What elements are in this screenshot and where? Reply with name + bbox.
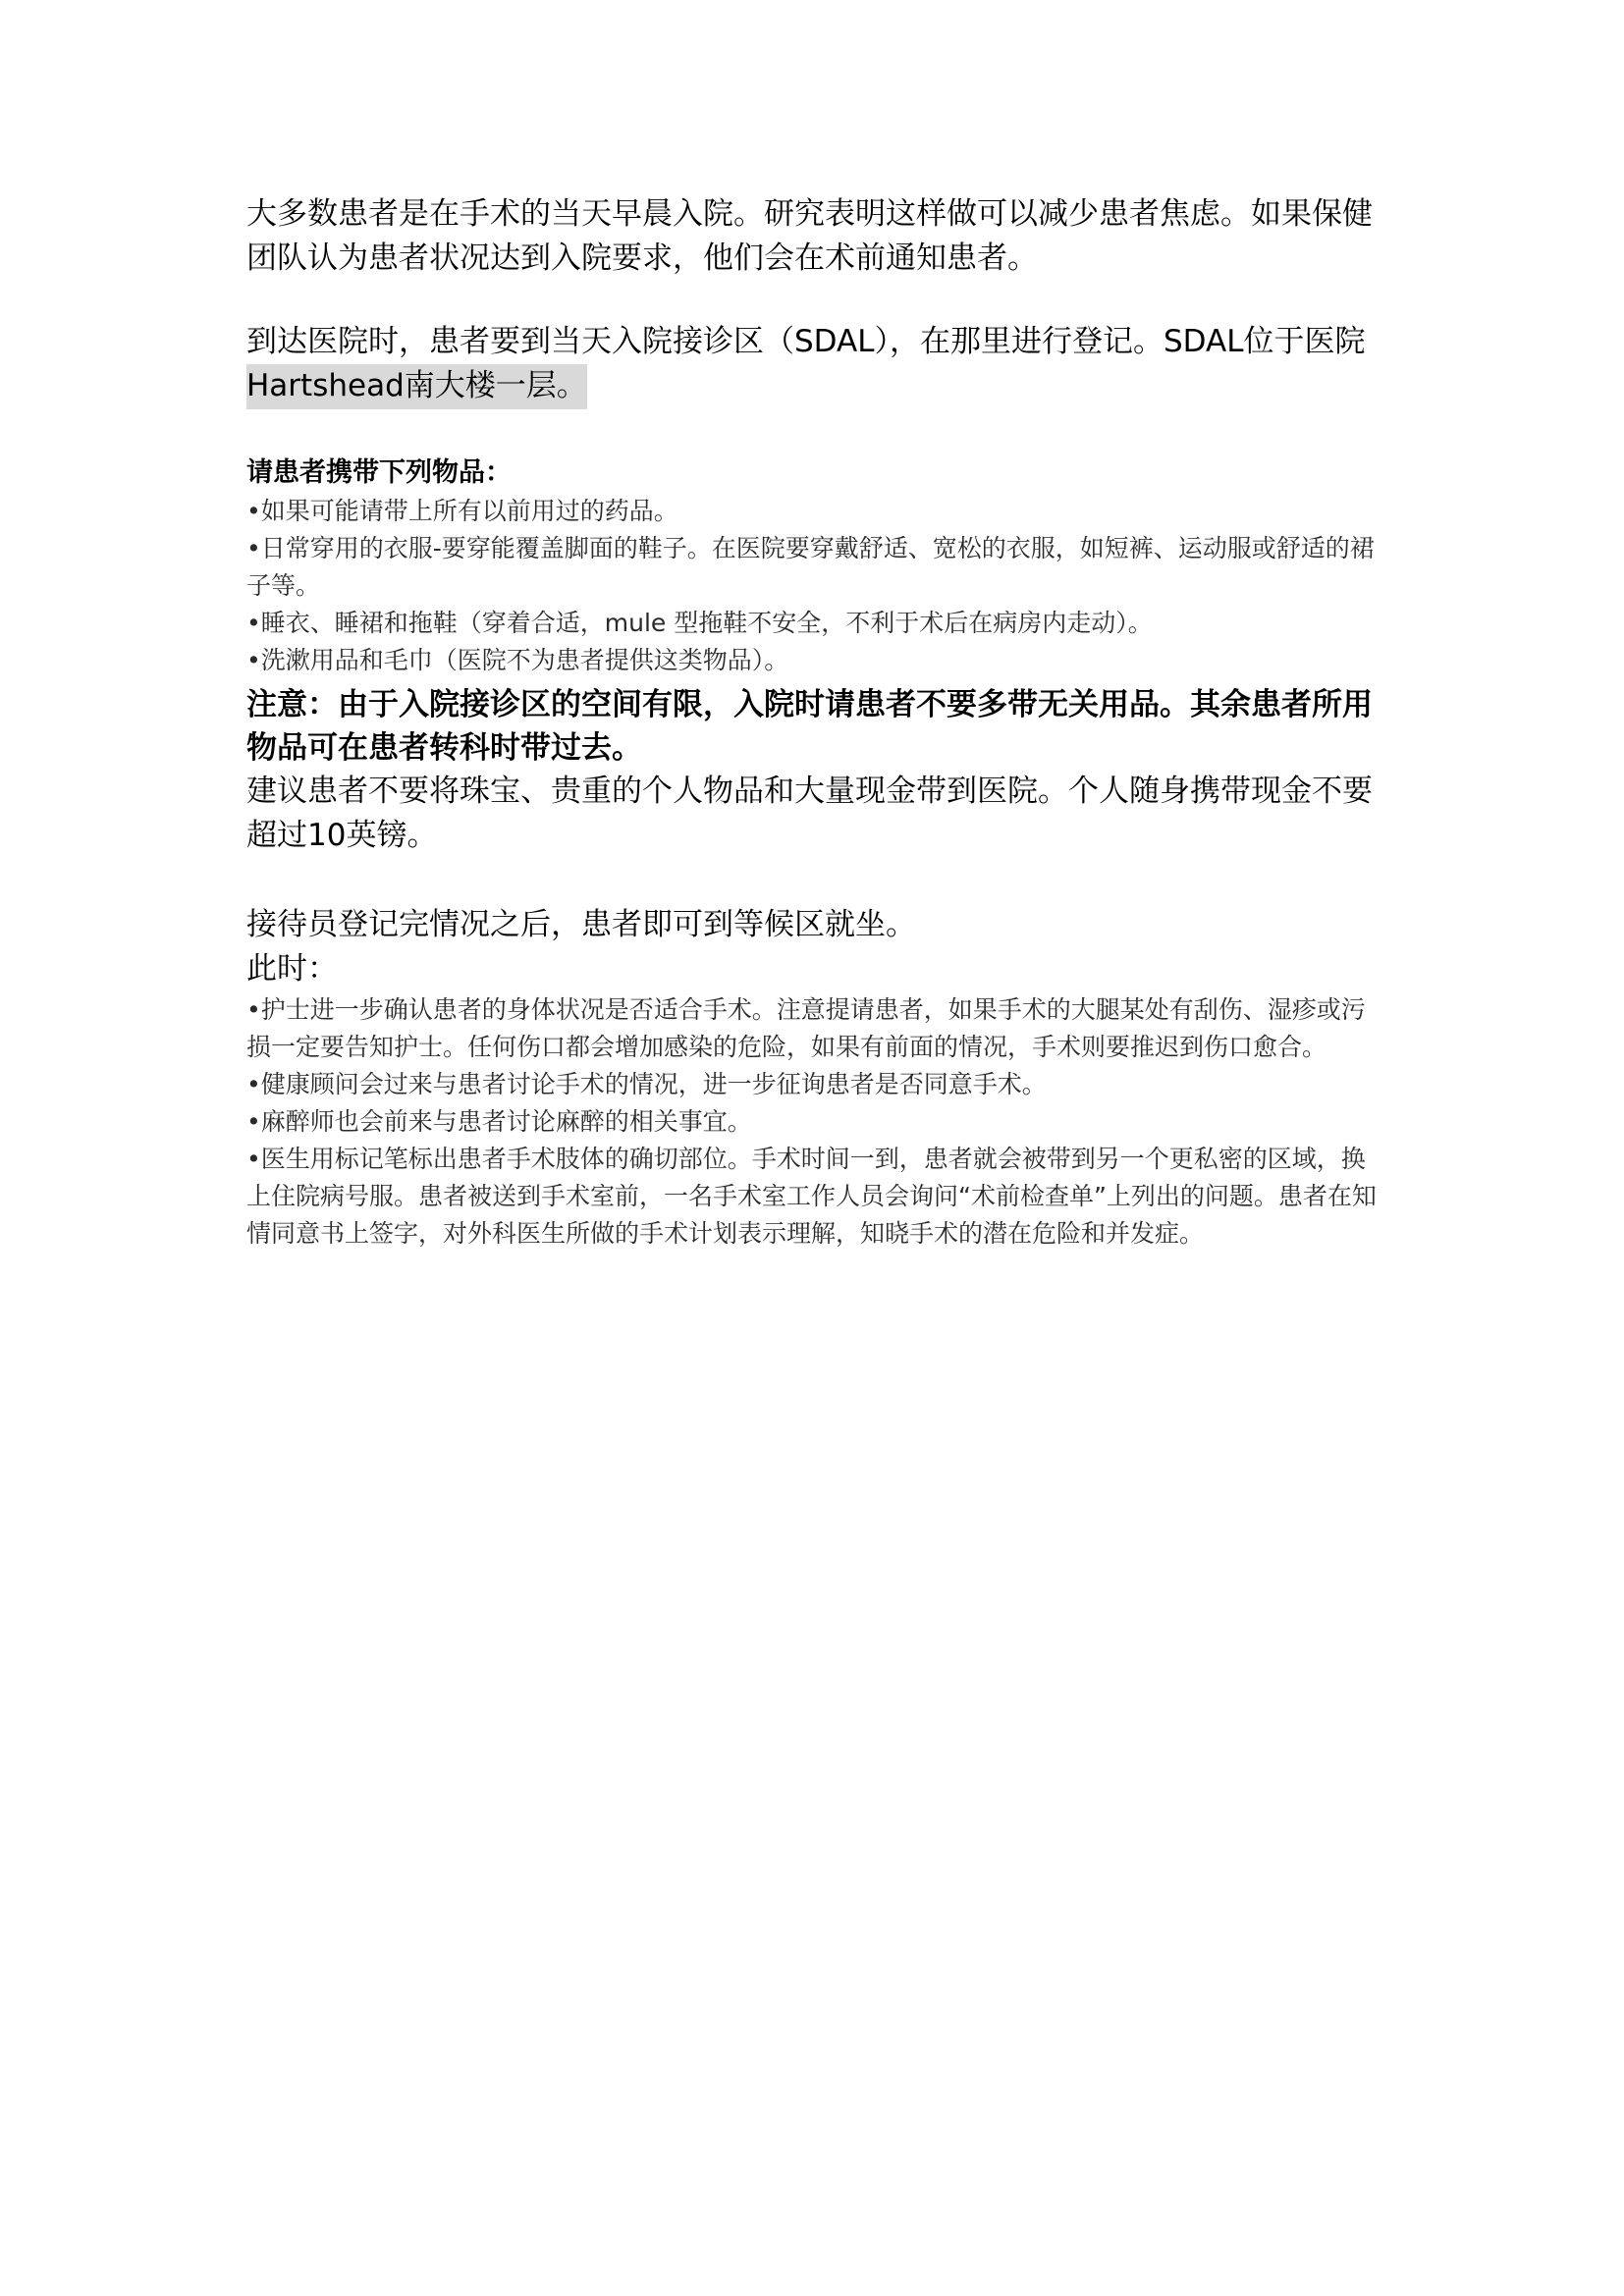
bring-item: 如果可能请带上所有以前用过的药品。 <box>246 493 1385 530</box>
bring-items-heading: 请患者携带下列物品： <box>246 454 1385 493</box>
waiting-item: 健康顾问会过来与患者讨论手术的情况，进一步征询患者是否同意手术。 <box>246 1066 1385 1103</box>
spacer <box>246 408 1385 454</box>
bring-item: 洗漱用品和毛巾（医院不为患者提供这类物品）。 <box>246 642 1385 679</box>
waiting-item: 护士进一步确认患者的身体状况是否适合手术。注意提请患者，如果手术的大腿某处有刮伤… <box>246 991 1385 1066</box>
space-limit-note: 注意：由于入院接诊区的空间有限，入院时请患者不要多带无关用品。其余患者所用物品可… <box>246 683 1385 770</box>
document-page: 大多数患者是在手术的当天早晨入院。研究表明这样做可以减少患者焦虑。如果保健团队认… <box>246 192 1385 1253</box>
arrival-paragraph: 到达医院时，患者要到当天入院接诊区（SDAL），在那里进行登记。SDAL位于医院… <box>246 320 1385 408</box>
valuables-advice: 建议患者不要将珠宝、贵重的个人物品和大量现金带到医院。个人随身携带现金不要超过1… <box>246 770 1385 858</box>
bring-item: 睡衣、睡裙和拖鞋（穿着合适，mule 型拖鞋不安全，不利于术后在病房内走动）。 <box>246 605 1385 642</box>
intro-paragraph: 大多数患者是在手术的当天早晨入院。研究表明这样做可以减少患者焦虑。如果保健团队认… <box>246 192 1385 281</box>
waiting-paragraph: 接待员登记完情况之后，患者即可到等候区就坐。 <box>246 903 1385 947</box>
bring-item: 日常穿用的衣服-要穿能覆盖脚面的鞋子。在医院要穿戴舒适、宽松的衣服，如短裤、运动… <box>246 530 1385 605</box>
arrival-text: 到达医院时，患者要到当天入院接诊区（SDAL），在那里进行登记。SDAL位于医院 <box>246 324 1365 359</box>
highlighted-location: Hartshead南大楼一层。 <box>246 364 587 409</box>
waiting-item: 麻醉师也会前来与患者讨论麻醉的相关事宜。 <box>246 1103 1385 1141</box>
spacer <box>246 858 1385 903</box>
waiting-subheading: 此时： <box>246 947 1385 991</box>
waiting-item: 医生用标记笔标出患者手术肢体的确切部位。手术时间一到，患者就会被带到另一个更私密… <box>246 1141 1385 1253</box>
spacer <box>246 281 1385 320</box>
